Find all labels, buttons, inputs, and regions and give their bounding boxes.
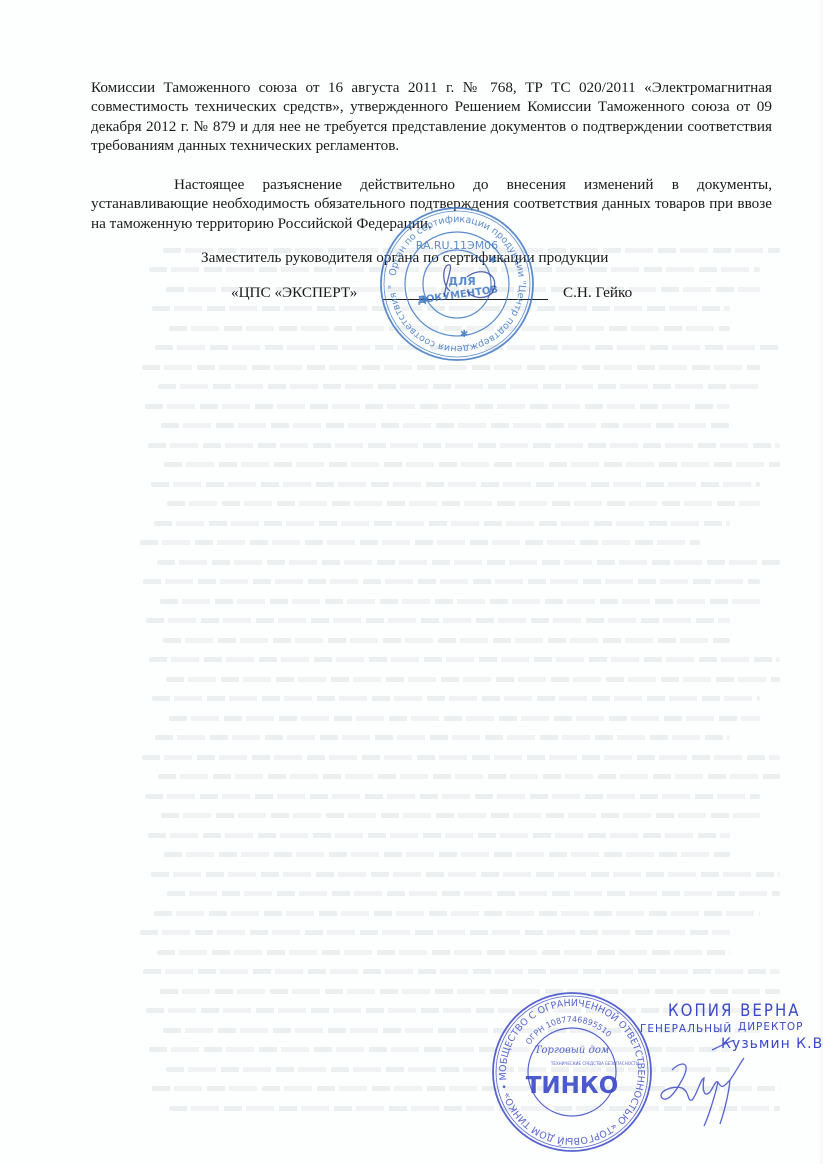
bleed-line (169, 326, 731, 331)
bleed-line (152, 306, 730, 311)
copy-certified-name: Кузьмин К.В. (721, 1036, 823, 1052)
bleed-line (164, 852, 730, 857)
bleed-line (149, 267, 760, 272)
bleed-line (167, 891, 780, 896)
bleed-line (158, 774, 780, 779)
signer-position-title: Заместитель руководителя органа по серти… (201, 249, 608, 267)
svg-text:ОБЩЕСТВО С ОГРАНИЧЕННОЙ ОТВЕТС: ОБЩЕСТВО С ОГРАНИЧЕННОЙ ОТВЕТСТВЕННОСТЬЮ… (477, 990, 646, 1147)
bleed-line (157, 950, 731, 955)
svg-text:ТИНКО: ТИНКО (526, 1073, 619, 1099)
bleed-line (146, 618, 730, 623)
bleed-line (154, 911, 761, 916)
bleed-line (149, 657, 780, 662)
bleed-line (160, 989, 781, 994)
bleed-line (152, 1086, 780, 1091)
bleed-line (151, 872, 781, 877)
director-signature-icon (652, 1040, 772, 1130)
organization-name: «ЦПС «ЭКСПЕРТ» (231, 284, 357, 302)
bleed-line (145, 794, 761, 799)
bleed-line (157, 560, 781, 565)
bleed-line (152, 696, 760, 701)
bleed-line (143, 579, 760, 584)
bleed-line (148, 833, 731, 838)
svg-text:ТЕХНИЧЕСКИЕ СРЕДСТВА БЕЗОПАСНО: ТЕХНИЧЕСКИЕ СРЕДСТВА БЕЗОПАСНОСТИ (550, 1061, 639, 1066)
bleed-line (151, 482, 761, 487)
bleed-line (148, 443, 781, 448)
document-page: Комиссии Таможенного союза от 16 августа… (0, 0, 823, 1164)
svg-text:ДЛЯ: ДЛЯ (448, 275, 475, 288)
bleed-line (142, 755, 781, 760)
copy-certified-role-general: ГЕНЕРАЛЬНЫЙ (640, 1023, 732, 1035)
bleed-line (166, 1067, 731, 1072)
svg-text:Торговый дом: Торговый дом (535, 1045, 609, 1056)
copy-certified-title: КОПИЯ ВЕРНА (668, 1000, 801, 1021)
svg-text:ДОКУМЕНТОВ: ДОКУМЕНТОВ (417, 284, 499, 306)
signature-line (383, 299, 548, 300)
bleed-line (142, 365, 761, 370)
page-edge (817, 0, 823, 1164)
bleed-line (140, 540, 700, 545)
bleed-line (164, 462, 780, 467)
bleed-line (161, 423, 730, 428)
bleed-line (145, 404, 731, 409)
bleed-line (155, 345, 780, 350)
bleed-line (163, 638, 731, 643)
bleed-line (154, 521, 731, 526)
svg-text:ОГРН 1087746895510: ОГРН 1087746895510 (524, 1015, 613, 1046)
paragraph-validity: Настоящее разъяснение действительно до в… (91, 175, 772, 233)
bleed-line (169, 716, 761, 721)
bleed-line (155, 735, 730, 740)
bleed-line (143, 969, 780, 974)
bleed-line (158, 384, 760, 389)
svg-text:✱: ✱ (420, 295, 428, 306)
bleed-line (167, 501, 760, 506)
bleed-line (140, 930, 730, 935)
bleed-line (149, 1047, 730, 1052)
paragraph-regulations: Комиссии Таможенного союза от 16 августа… (91, 78, 772, 155)
bleed-line (166, 677, 781, 682)
bleed-line (161, 813, 760, 818)
copy-certified-role-director: ДИРЕКТОР (738, 1021, 804, 1033)
svg-text:✱: ✱ (460, 329, 468, 340)
signer-name: С.Н. Гейко (563, 284, 632, 302)
company-stamp-icon: ОБЩЕСТВО С ОГРАНИЧЕННОЙ ОТВЕТСТВЕННОСТЬЮ… (477, 990, 667, 1155)
bleed-line (169, 1106, 781, 1111)
bleed-line (160, 599, 761, 604)
